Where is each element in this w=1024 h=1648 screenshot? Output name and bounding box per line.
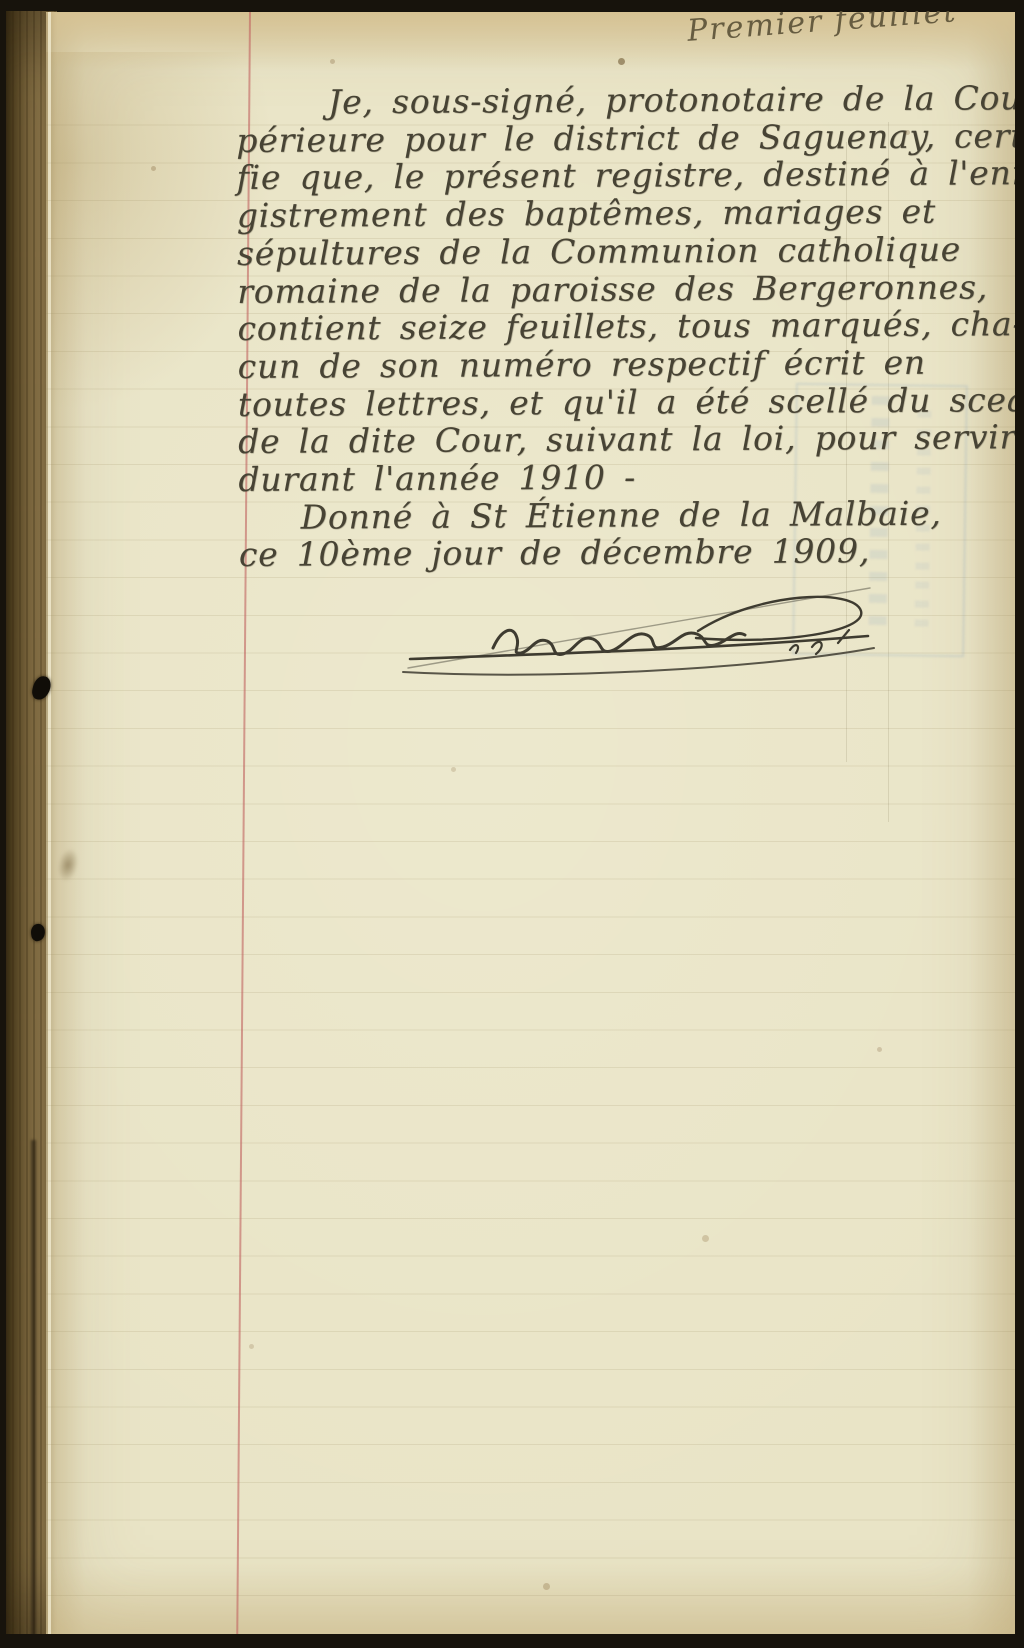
certificate-line: gistrement des baptêmes, mariages et xyxy=(237,192,1024,235)
certificate-line: romaine de la paroisse des Bergeronnes, xyxy=(237,268,1024,311)
signature xyxy=(398,576,882,680)
certificate-line: périeure pour le district de Saguenay, c… xyxy=(236,117,1024,160)
dateline: Donné à St Étienne de la Malbaie, xyxy=(239,494,1024,537)
dateline: ce 10ème jour de décembre 1909, xyxy=(239,532,1024,575)
certificate-line: cun de son numéro respectif écrit en xyxy=(238,343,1024,386)
scan-border xyxy=(0,1634,1024,1648)
certificate-line: Je, sous-signé, protonotaire de la Cour … xyxy=(236,79,1024,122)
scan-border xyxy=(0,0,6,1648)
certificate-line: toutes lettres, et qu'il a été scellé du… xyxy=(238,381,1024,424)
register-leaf: Premier feuillet Je, sous-signé, protono… xyxy=(46,12,1016,1634)
scan-border xyxy=(1015,0,1024,1648)
binding-seam xyxy=(31,1140,36,1640)
certificate-text: Je, sous-signé, protonotaire de la Cour … xyxy=(236,79,1024,574)
certificate-line: sépultures de la Communion catholique xyxy=(237,230,1024,273)
certificate-line: de la dite Cour, suivant la loi, pour se… xyxy=(238,418,1024,461)
scan-border xyxy=(0,0,1024,11)
scanned-register-page: Premier feuillet Je, sous-signé, protono… xyxy=(0,0,1024,1648)
certificate-line: durant l'année 1910 - xyxy=(238,456,1024,499)
certificate-line: fie que, le présent registre, destiné à … xyxy=(236,155,1024,198)
certificate-line: contient seize feuillets, tous marqués, … xyxy=(237,305,1024,348)
